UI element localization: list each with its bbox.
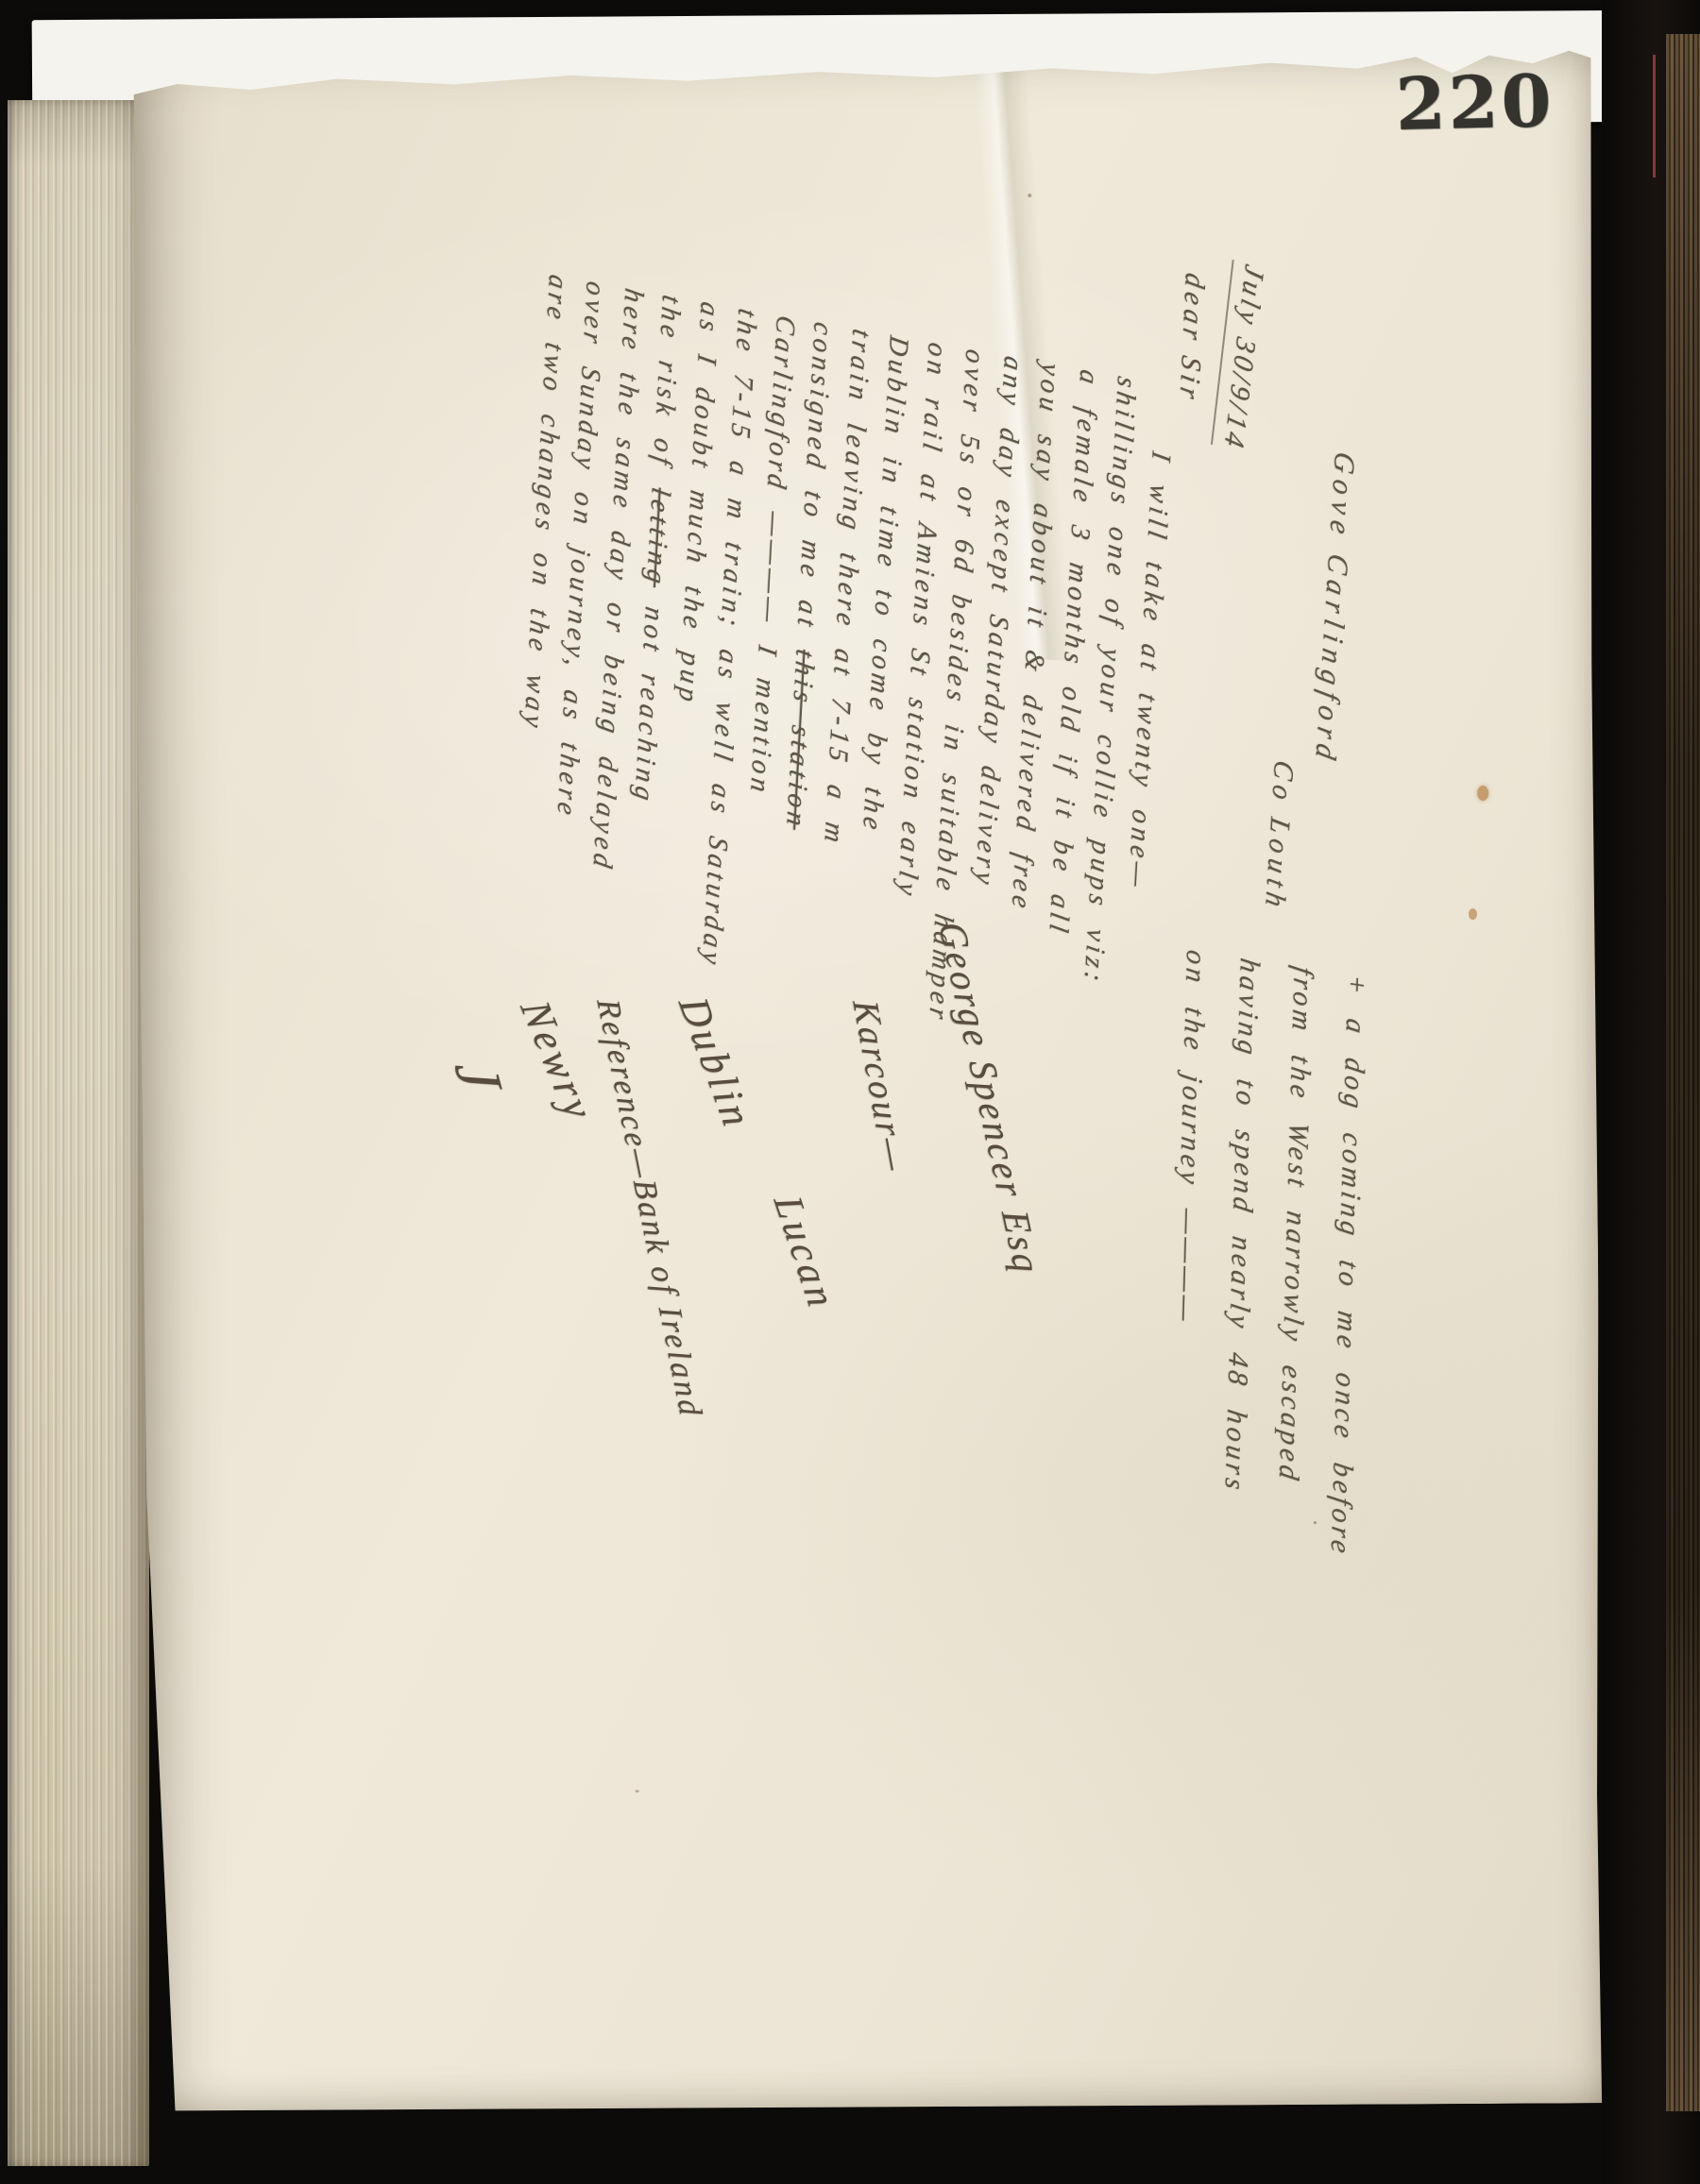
paper-speck xyxy=(1314,1521,1317,1524)
struck-word: letting xyxy=(641,485,677,590)
fox-stain xyxy=(1477,786,1488,801)
cover-red-thread xyxy=(1653,55,1656,178)
letter-body: I will take at twenty one—shillings one … xyxy=(487,272,1183,1321)
paper-speck xyxy=(1028,194,1031,197)
letter-heading-place: Gove Carlingford xyxy=(1308,449,1362,769)
scanned-book-photo: 220 Gove Carlingford Co Louth July 30/9/… xyxy=(0,0,1700,2184)
letter-date: July 30/9/14 xyxy=(1211,260,1270,454)
manuscript-page: 220 Gove Carlingford Co Louth July 30/9/… xyxy=(133,46,1603,2111)
struck-word: this station xyxy=(781,647,821,833)
letter-heading-county: Co Louth xyxy=(1258,757,1300,915)
book-page-edges xyxy=(8,100,149,2166)
letter-margin-note: + a dog coming to me once beforefrom the… xyxy=(1147,946,1384,1734)
fox-stain xyxy=(1469,908,1477,920)
cover-grain-texture xyxy=(1666,34,1700,2111)
page-number-stamp: 220 xyxy=(1395,59,1555,146)
paper-speck xyxy=(636,1789,639,1792)
book-cover-board xyxy=(1602,0,1700,2184)
